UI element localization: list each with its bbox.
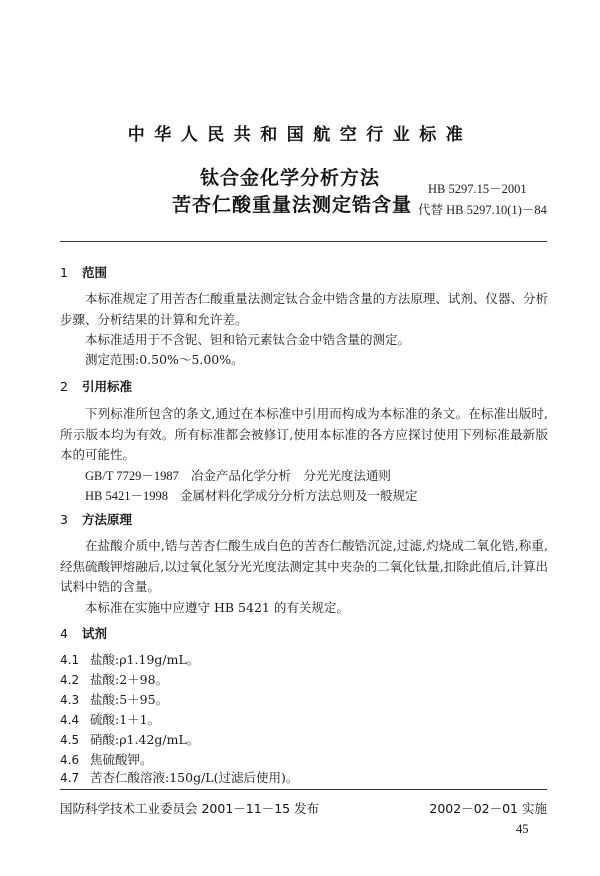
section-1-heading: 1范围	[60, 263, 107, 281]
section-1-paragraph-2: 本标准适用于不含铌、钽和铪元素钛合金中锆含量的测定。	[85, 330, 410, 350]
reference-item: HB 5421－1998金属材料化学成分分析方法总则及一般规定	[85, 486, 418, 506]
reagent-item: 4.2盐酸:2＋98。	[60, 670, 168, 690]
reagent-item: 4.1盐酸:ρ1.19g/mL。	[60, 650, 199, 670]
replaces-standard-code: 代替 HB 5297.10(1)－84	[418, 200, 547, 218]
page-number: 45	[516, 822, 529, 837]
standard-code: HB 5297.15－2001	[428, 179, 527, 197]
section-1-paragraph-3: 测定范围:0.50%～5.00%。	[85, 350, 244, 370]
section-title: 范围	[82, 265, 107, 280]
section-title: 试剂	[82, 626, 107, 641]
reagent-number: 4.3	[60, 690, 90, 710]
title-line-1: 钛合金化学分析方法	[200, 163, 380, 190]
section-title: 方法原理	[82, 512, 132, 527]
reagent-text: 盐酸:2＋98。	[90, 672, 168, 687]
effective-date: 2002－02－01 实施	[429, 799, 547, 817]
section-number: 1	[60, 265, 82, 280]
section-4-heading: 4试剂	[60, 624, 107, 642]
section-number: 4	[60, 626, 82, 641]
reagent-text: 硝酸:ρ1.42g/mL。	[90, 732, 199, 747]
top-divider	[60, 241, 547, 242]
section-3-paragraph-2: 本标准在实施中应遵守 HB 5421 的有关规定。	[85, 598, 349, 618]
reference-code: GB/T 7729－1987	[85, 466, 179, 486]
section-title: 引用标准	[82, 379, 132, 394]
reference-title: 冶金产品化学分析 分光光度法通则	[191, 466, 391, 486]
section-2-heading: 2引用标准	[60, 377, 132, 395]
section-3-heading: 3方法原理	[60, 510, 132, 528]
section-2-paragraph-1: 下列标准所包含的条文,通过在本标准中引用而构成为本标准的条文。在标准出版时,所示…	[60, 404, 548, 466]
reagent-text: 盐酸:ρ1.19g/mL。	[90, 652, 199, 667]
title-line-2: 苦杏仁酸重量法测定锆含量	[172, 190, 412, 217]
standard-organization-header: 中华人民共和国航空行业标准	[0, 120, 600, 145]
reagent-item: 4.7苦杏仁酸溶液:150g/L(过滤后使用)。	[60, 768, 298, 788]
section-3-paragraph-1: 在盐酸介质中,锆与苦杏仁酸生成白色的苦杏仁酸锆沉淀,过滤,灼烧成二氧化锆,称重,…	[60, 536, 548, 598]
reagent-number: 4.4	[60, 710, 90, 730]
document-page: 中华人民共和国航空行业标准 钛合金化学分析方法 苦杏仁酸重量法测定锆含量 HB …	[0, 0, 600, 876]
bottom-divider	[60, 789, 547, 790]
reagent-number: 4.5	[60, 730, 90, 750]
section-number: 2	[60, 379, 82, 394]
reference-title: 金属材料化学成分分析方法总则及一般规定	[180, 486, 418, 506]
reagent-text: 盐酸:5＋95。	[90, 692, 168, 707]
reagent-number: 4.6	[60, 750, 90, 770]
reagent-number: 4.7	[60, 768, 90, 788]
section-number: 3	[60, 512, 82, 527]
reagent-item: 4.3盐酸:5＋95。	[60, 690, 168, 710]
section-1-paragraph-1: 本标准规定了用苦杏仁酸重量法测定钛合金中锆含量的方法原理、试剂、仪器、分析步骤、…	[60, 289, 548, 330]
reagent-number: 4.2	[60, 670, 90, 690]
reagent-text: 焦硫酸钾。	[90, 752, 153, 767]
reference-code: HB 5421－1998	[85, 486, 168, 506]
reagent-text: 硫酸:1＋1。	[90, 712, 160, 727]
reagent-item: 4.4硫酸:1＋1。	[60, 710, 160, 730]
reagent-item: 4.6焦硫酸钾。	[60, 750, 153, 770]
reagent-item: 4.5硝酸:ρ1.42g/mL。	[60, 730, 199, 750]
reference-item: GB/T 7729－1987冶金产品化学分析 分光光度法通则	[85, 466, 391, 486]
reagent-number: 4.1	[60, 650, 90, 670]
reagent-text: 苦杏仁酸溶液:150g/L(过滤后使用)。	[90, 770, 298, 785]
issue-info: 国防科学技术工业委员会 2001－11－15 发布	[60, 799, 319, 817]
